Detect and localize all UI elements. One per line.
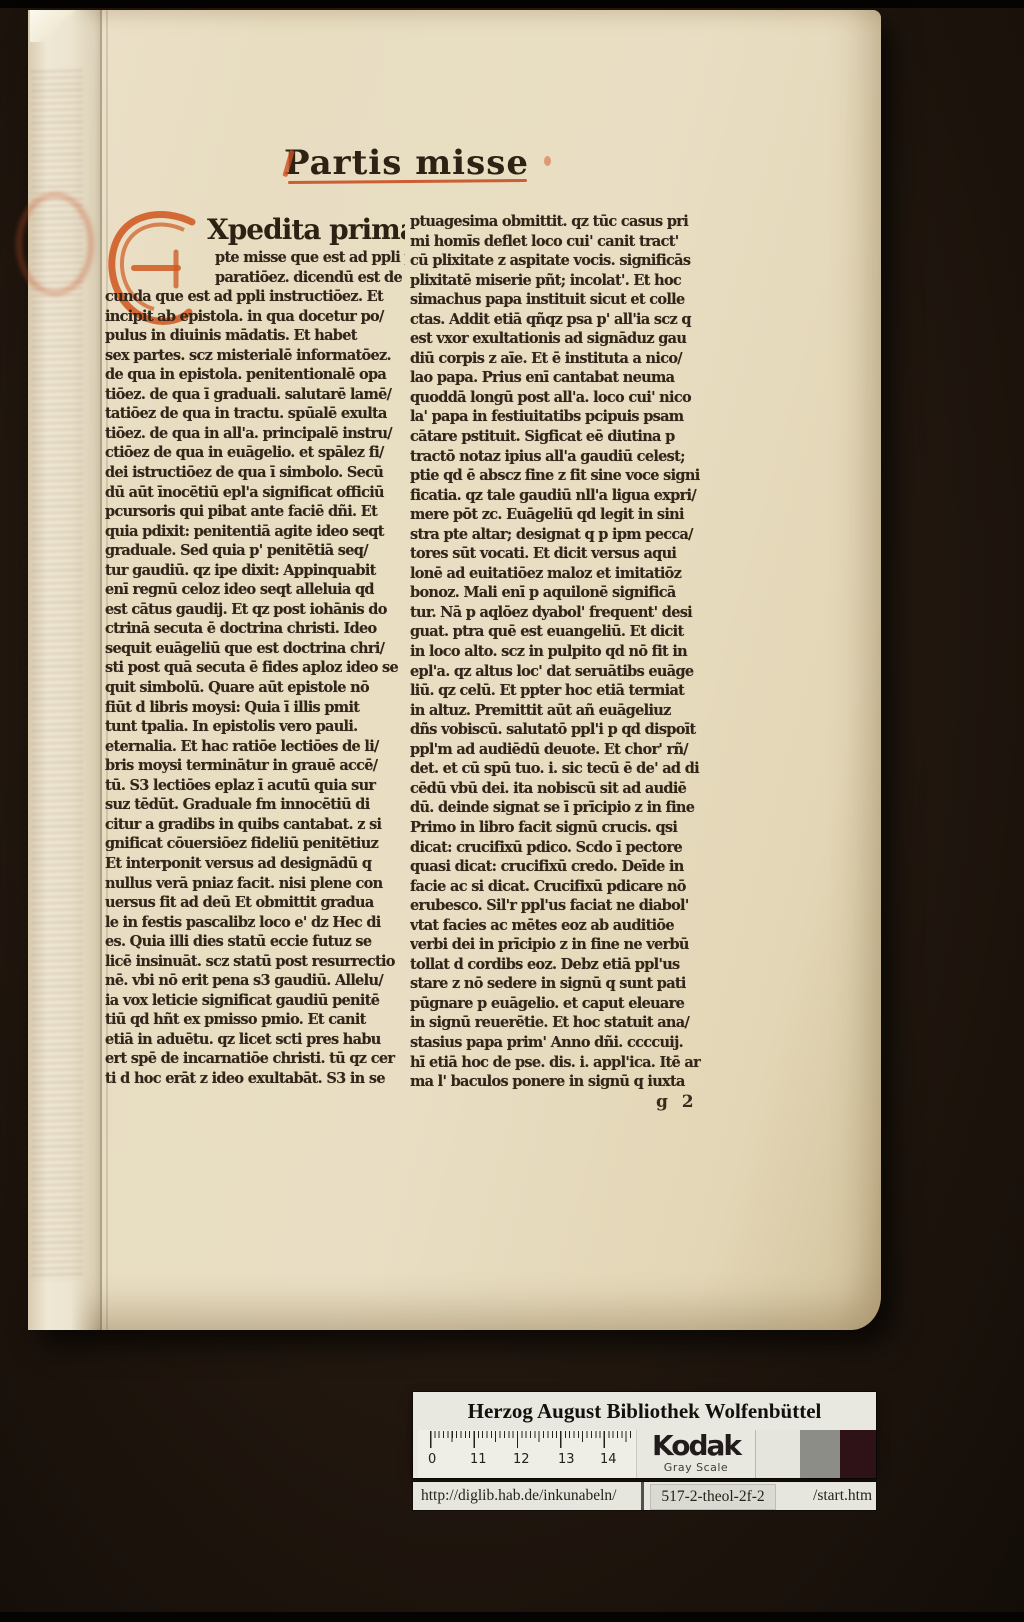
- text-line: tores sūt vocati. Et dicit versus aqui: [410, 544, 712, 564]
- text-line: quasi dicat: crucifixū credo. Deīde in: [410, 857, 712, 877]
- text-line: plixitatē miserie pñt; incolat'. Et hoc: [410, 271, 712, 291]
- text-line: uersus fit ad deū Et obmittit gradua: [105, 893, 405, 913]
- text-line: stra pte altar; designat q p ipm pecca/: [410, 525, 712, 545]
- text-line: diū corpis z aīe. Et ē instituta a nico/: [410, 349, 712, 369]
- text-line: est vxor exultationis ad signāduz gau: [410, 329, 712, 349]
- text-line: ma l' baculos ponere in signū q iuxta: [410, 1072, 712, 1092]
- text-line: ctas. Addit etiā qñqz psa p' all'ia scz …: [410, 310, 712, 330]
- text-line: ctrinā secuta ē doctrina christi. Ideo: [105, 619, 405, 639]
- text-line: tiōez. de qua ī graduali. salutarē lamē/: [105, 385, 405, 405]
- gray-scale-label: Gray Scale: [637, 1461, 755, 1474]
- text-line: ert spē de incarnatiōe christi. tū qz ce…: [105, 1049, 405, 1069]
- text-line: etiā in aduētu. qz licet scti pres habu: [105, 1030, 405, 1050]
- text-line: sex partes. scz misterialē informatōez.: [105, 346, 405, 366]
- text-line: ptie qd ē abscz fine z fit sine voce sig…: [410, 466, 712, 486]
- text-line: det. et cū spū tuo. i. sic tecū ē de' ad…: [410, 759, 712, 779]
- text-line: simachus papa instituit sicut et colle: [410, 290, 712, 310]
- text-line: epl'a. qz altus loc' dat seruātibs euāge: [410, 662, 712, 682]
- rubric-dot: [544, 156, 551, 166]
- text-line: la' papa in festiuitatibs pcipuis psam: [410, 407, 712, 427]
- quire-signature: g 2: [656, 1092, 698, 1112]
- text-line: Primo in libro facit signū crucis. qsi: [410, 818, 712, 838]
- ruler-ticks: [430, 1431, 632, 1448]
- text-line: lao papa. Prius enī cantabat neuma: [410, 368, 712, 388]
- photograph-background: Partis misse E Xpedita prima pte misse q…: [0, 0, 1024, 1622]
- text-line: de qua in epistola. penitentionalē opa: [105, 365, 405, 385]
- text-line: ia vox leticie significat gaudiū penitē: [105, 991, 405, 1011]
- scale-row: 0 11 12 13 14 Kodak Gray Scale: [413, 1430, 876, 1478]
- gray-scale-patches: [755, 1430, 876, 1478]
- ruler-label: 14: [600, 1452, 617, 1467]
- text-line: quit simbolū. Quare aūt epistole nō: [105, 678, 405, 698]
- url-strip: http://diglib.hab.de/inkunabeln/ 517-2-t…: [413, 1482, 876, 1510]
- text-line: fiūt d libris moysi: Quia ī illis pmit: [105, 698, 405, 718]
- text-line: enī regnū celoz ideo seqt alleluia qd: [105, 580, 405, 600]
- text-line: pcursoris qui pibat ante faciē dñi. Et: [105, 502, 405, 522]
- text-line: citur a gradibs in quibs cantabat. z si: [105, 815, 405, 835]
- library-name: Herzog August Bibliothek Wolfenbüttel: [413, 1392, 876, 1428]
- text-line: lonē ad euitatiōez maloz et imitatiōz: [410, 564, 712, 584]
- text-line: nē. vbi nō erit pena s3 gaudiū. Allelu/: [105, 971, 405, 991]
- text-line: cunda que est ad ppli instructiōez. Et: [105, 287, 405, 307]
- text-line: ppl'm ad audiēdū deuote. Et chor' rñ/: [410, 740, 712, 760]
- text-line: suz tēdūt. Graduale fm innocētiū di: [105, 795, 405, 815]
- text-line: tur. Nā p aqlōez dyabol' frequent' desi: [410, 603, 712, 623]
- text-line: incipit ab epistola. in qua docetur po/: [105, 307, 405, 327]
- text-line: pulus in diuinis mādatis. Et habet: [105, 326, 405, 346]
- text-column-left: Xpedita prima pte misse que est ad ppli …: [105, 212, 405, 1096]
- text-line: in loco alto. scz in pulpito qd nō fit i…: [410, 642, 712, 662]
- text-line: tur gaudiū. qz ipe dixit: Appinquabit: [105, 561, 405, 581]
- text-line: dñs vobiscū. salutatō ppl'i p qd dispoīt: [410, 720, 712, 740]
- photo-edge-bottom: [0, 1612, 1024, 1622]
- photo-edge-top: [0, 0, 1024, 8]
- kodak-wordmark: Kodak: [637, 1431, 755, 1461]
- text-line: cū plixitate z aspitate vocis. significā…: [410, 251, 712, 271]
- text-line: liū. qz celū. Et ppter hoc etiā termiat: [410, 681, 712, 701]
- gray-patch-mid: [800, 1430, 840, 1478]
- text-line: in signū reuerētie. Et hoc statuit ana/: [410, 1013, 712, 1033]
- text-line: nullus verā pniaz facit. nisi plene con: [105, 874, 405, 894]
- text-line: licē insinuāt. scz statū post resurrecti…: [105, 952, 405, 972]
- url-prefix: http://diglib.hab.de/inkunabeln/: [421, 1482, 616, 1510]
- text-line: pūgnare p euāgelio. et caput eleuare: [410, 994, 712, 1014]
- text-line: ptuagesima obmittit. qz tūc casus pri: [410, 212, 712, 232]
- text-line: stare z nō sedere in signū q sunt pati: [410, 974, 712, 994]
- page-corner-highlight: [30, 10, 76, 42]
- text-line: cēdū vbū dei. ita nobiscū sit ad audiē: [410, 779, 712, 799]
- text-line: tū. S3 lectiōes eplaz ī acutū quia sur: [105, 776, 405, 796]
- running-title: Partis misse: [284, 144, 529, 182]
- text-line: dei istructiōez de qua ī simbolo. Secū: [105, 463, 405, 483]
- text-line: tiōez. de qua in all'a. principalē instr…: [105, 424, 405, 444]
- text-line: le in festis pascalibz loco e' dz Hec di: [105, 913, 405, 933]
- text-line: stasius papa prim' Anno dñi. ccccuij.: [410, 1033, 712, 1053]
- previous-leaf-edge: [28, 10, 102, 1330]
- url-divider: [641, 1482, 644, 1510]
- text-line: ctiōez de qua in euāgelio. et spālez fi/: [105, 443, 405, 463]
- calibration-target: Herzog August Bibliothek Wolfenbüttel 0 …: [413, 1392, 876, 1478]
- text-line: ti d hoc erāt z ideo exultabāt. S3 in se: [105, 1069, 405, 1089]
- running-title-text: Partis misse: [284, 143, 529, 183]
- url-suffix: /start.htm: [813, 1482, 872, 1510]
- text-line: tollat d cordibs eoz. Debz etiā ppl'us: [410, 955, 712, 975]
- text-line: sequit euāgeliū que est doctrina chri/: [105, 639, 405, 659]
- ruler-label: 0: [428, 1452, 436, 1467]
- text-line: dicat: crucifixū pdico. Scdo ī pectore: [410, 838, 712, 858]
- show-through-initial: [16, 192, 94, 296]
- text-line: sti post quā secuta ē fides aploz ideo s…: [105, 658, 405, 678]
- gray-patch-light: [756, 1430, 800, 1478]
- text-line: bonoz. Mali enī p aquilonē significā: [410, 583, 712, 603]
- text-line: tatiōez de qua in tractu. spūalē exulta: [105, 404, 405, 424]
- text-line: erubesco. Sil'r ppl'us faciat ne diabol': [410, 896, 712, 916]
- shelfmark-label: 517-2-theol-2f-2: [651, 1485, 775, 1509]
- text-line: facie ac si dicat. Crucifixū pdicare nō: [410, 877, 712, 897]
- text-line: eternalia. Et hac ratiōe lectiōes de li/: [105, 737, 405, 757]
- text-line: quia pdixit: penitentiā agite ideo seqt: [105, 522, 405, 542]
- text-line: dū aūt īnocētiū epl'a significat officiū: [105, 483, 405, 503]
- text-line: guat. ptra quē est euangeliū. Et dicit: [410, 622, 712, 642]
- text-line: graduale. Sed quia p' penitētiā seq/: [105, 541, 405, 561]
- opening-line: Xpedita prima: [105, 212, 405, 248]
- ruler: 0 11 12 13 14: [418, 1430, 636, 1478]
- text-lines-right: ptuagesima obmittit. qz tūc casus primi …: [410, 212, 712, 1092]
- kodak-logo: Kodak Gray Scale: [636, 1430, 755, 1478]
- text-column-right: ptuagesima obmittit. qz tūc casus primi …: [410, 212, 712, 1096]
- text-line: paratiōez. dicendū est de se: [105, 268, 405, 288]
- text-line: ficatia. qz tale gaudiū nll'a ligua expr…: [410, 486, 712, 506]
- text-line: mere pōt zc. Euāgeliū qd legit in sini: [410, 505, 712, 525]
- text-line: hī etiā hoc de pse. dis. i. appl'ica. It…: [410, 1053, 712, 1073]
- text-line: tractō notaz ipius all'a gaudiū celest;: [410, 447, 712, 467]
- text-line: quoddā longū post all'a. loco cui' nico: [410, 388, 712, 408]
- text-line: pte misse que est ad ppli p/: [105, 248, 405, 268]
- text-line: tiū qd hñt ex pmisso pmio. Et canit: [105, 1010, 405, 1030]
- ruler-label: 12: [513, 1452, 530, 1467]
- ruler-label: 11: [470, 1452, 487, 1467]
- text-line: vtat facies ac mētes eoz ab auditiōe: [410, 916, 712, 936]
- ruler-label: 13: [558, 1452, 575, 1467]
- text-line: bris moysi terminātur in grauē accē/: [105, 756, 405, 776]
- text-line: cātare pstituit. Sigficat eē diutina p: [410, 427, 712, 447]
- text-line: verbi dei in prīcipio z in fine ne verbū: [410, 935, 712, 955]
- text-line: tunt tpalia. In epistolis vero pauli.: [105, 717, 405, 737]
- text-line: in altuz. Premittit aūt añ euāgeliuz: [410, 701, 712, 721]
- manuscript-page: Partis misse E Xpedita prima pte misse q…: [28, 10, 881, 1330]
- text-lines-left: cunda que est ad ppli instructiōez. Etin…: [105, 287, 405, 1088]
- text-line: es. Quia illi dies statū eccie futuz se: [105, 932, 405, 952]
- text-line: est cātus gaudij. Et qz post iohānis do: [105, 600, 405, 620]
- text-line: Et interponit versus ad designādū q: [105, 854, 405, 874]
- gray-patch-dark: [840, 1430, 876, 1478]
- text-line: mi homīs deflet loco cui' canit tract': [410, 232, 712, 252]
- text-line: gnificat cōuersiōez fideliū penitētiuz: [105, 834, 405, 854]
- text-line: dū. deinde signat se ī prīcipio z in fin…: [410, 798, 712, 818]
